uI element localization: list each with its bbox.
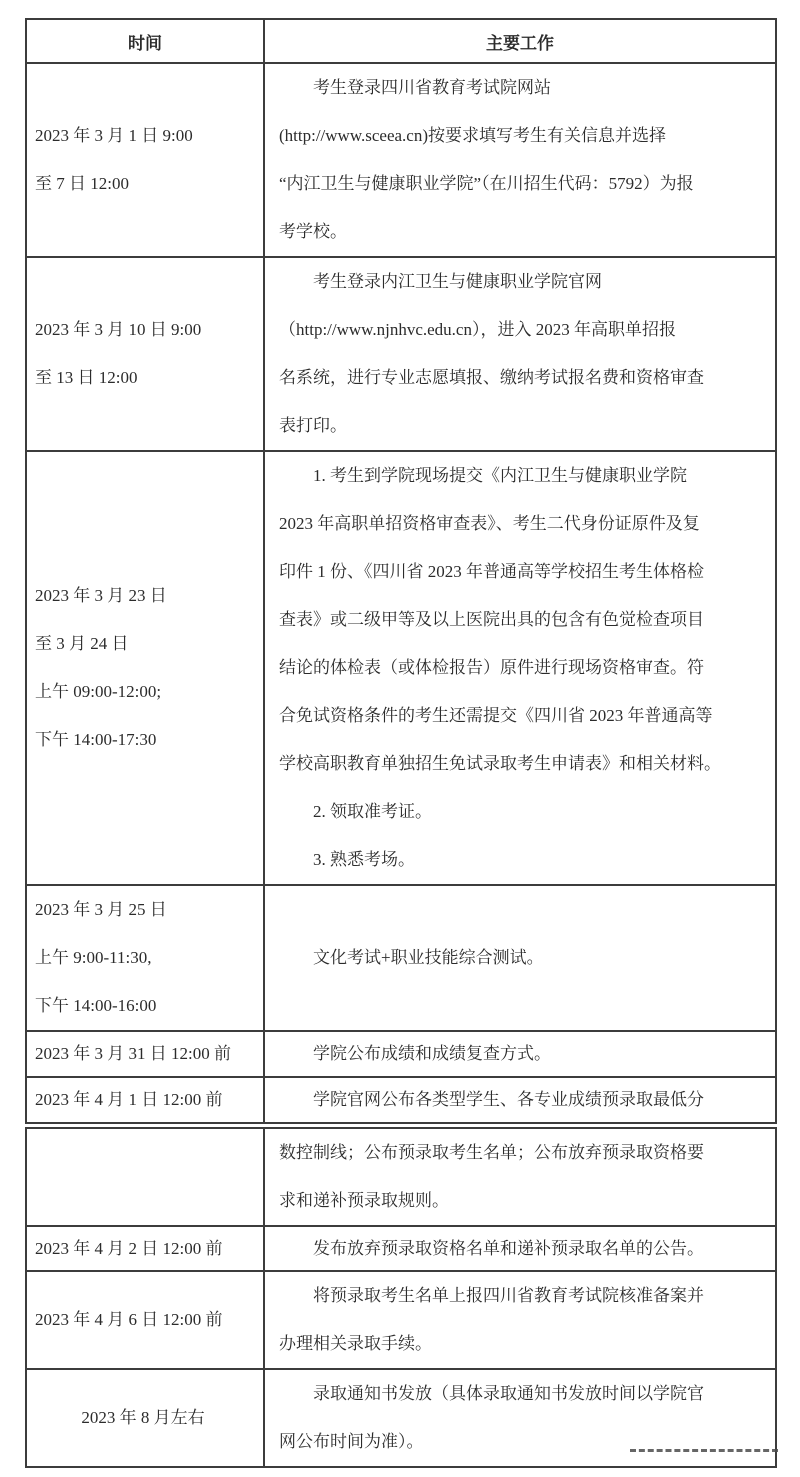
time-line: 至 7 日 12:00 — [35, 160, 259, 208]
time-line: 2023 年 3 月 25 日 — [35, 886, 259, 934]
work-line: 网公布时间为准）。 — [279, 1418, 763, 1466]
time-line: 2023 年 3 月 10 日 9:00 — [35, 306, 259, 354]
work-line: 学院公布成绩和成绩复查方式。 — [279, 1033, 763, 1075]
time-line: 上午 9:00-11:30, — [35, 934, 259, 982]
work-line: 数控制线；公布预录取考生名单；公布放弃预录取资格要 — [279, 1129, 763, 1177]
work-line: 2023 年高职单招资格审查表》、考生二代身份证原件及复 — [279, 500, 763, 548]
table-row: 2023 年 3 月 10 日 9:00 至 13 日 12:00 考生登录内江… — [26, 257, 776, 451]
schedule-table-part1: 时间 主要工作 2023 年 3 月 1 日 9:00 至 7 日 12:00 … — [25, 18, 777, 1124]
work-line: 考学校。 — [279, 208, 763, 256]
work-line: 文化考试+职业技能综合测试。 — [279, 934, 763, 982]
time-cell: 2023 年 4 月 2 日 12:00 前 — [26, 1226, 264, 1271]
watermark-dashes — [630, 1449, 778, 1452]
document-page: 时间 主要工作 2023 年 3 月 1 日 9:00 至 7 日 12:00 … — [0, 0, 800, 1477]
work-line: 合免试资格条件的考生还需提交《四川省 2023 年普通高等 — [279, 692, 763, 740]
work-line: “内江卫生与健康职业学院”（在川招生代码：5792）为报 — [279, 160, 763, 208]
work-cell: 学院官网公布各类型学生、各专业成绩预录取最低分 — [264, 1077, 776, 1123]
work-line: 考生登录四川省教育考试院网站 — [279, 64, 763, 112]
time-cell-empty — [26, 1128, 264, 1226]
table-row: 2023 年 3 月 31 日 12:00 前 学院公布成绩和成绩复查方式。 — [26, 1031, 776, 1077]
time-cell: 2023 年 3 月 23 日 至 3 月 24 日 上午 09:00-12:0… — [26, 451, 264, 885]
work-line: 录取通知书发放（具体录取通知书发放时间以学院官 — [279, 1370, 763, 1418]
work-line: 3. 熟悉考场。 — [279, 836, 763, 884]
work-line: 将预录取考生名单上报四川省教育考试院核准备案并 — [279, 1272, 763, 1320]
work-line: (http://www.sceea.cn)按要求填写考生有关信息并选择 — [279, 112, 763, 160]
work-line: 学院官网公布各类型学生、各专业成绩预录取最低分 — [279, 1079, 763, 1121]
table-row: 2023 年 4 月 1 日 12:00 前 学院官网公布各类型学生、各专业成绩… — [26, 1077, 776, 1123]
table-row: 2023 年 8 月左右 录取通知书发放（具体录取通知书发放时间以学院官 网公布… — [26, 1369, 776, 1467]
table-row: 数控制线；公布预录取考生名单；公布放弃预录取资格要 求和递补预录取规则。 — [26, 1128, 776, 1226]
header-cell-work: 主要工作 — [264, 19, 776, 63]
time-cell: 2023 年 3 月 25 日 上午 9:00-11:30, 下午 14:00-… — [26, 885, 264, 1031]
header-row: 时间 主要工作 — [26, 19, 776, 63]
work-line: 印件 1 份、《四川省 2023 年普通高等学校招生考生体格检 — [279, 548, 763, 596]
table-row: 2023 年 3 月 23 日 至 3 月 24 日 上午 09:00-12:0… — [26, 451, 776, 885]
time-cell: 2023 年 4 月 1 日 12:00 前 — [26, 1077, 264, 1123]
time-line: 2023 年 4 月 6 日 12:00 前 — [35, 1296, 259, 1344]
work-line: 1. 考生到学院现场提交《内江卫生与健康职业学院 — [279, 452, 763, 500]
table-row: 2023 年 3 月 25 日 上午 9:00-11:30, 下午 14:00-… — [26, 885, 776, 1031]
work-line: （http://www.njnhvc.edu.cn），进入 2023 年高职单招… — [279, 306, 763, 354]
time-cell: 2023 年 3 月 10 日 9:00 至 13 日 12:00 — [26, 257, 264, 451]
time-line: 至 13 日 12:00 — [35, 354, 259, 402]
work-line: 办理相关录取手续。 — [279, 1320, 763, 1368]
work-line: 求和递补预录取规则。 — [279, 1177, 763, 1225]
time-line: 下午 14:00-16:00 — [35, 982, 259, 1030]
time-line: 2023 年 3 月 23 日 — [35, 572, 259, 620]
time-line: 2023 年 4 月 2 日 12:00 前 — [35, 1228, 259, 1270]
work-cell: 发布放弃预录取资格名单和递补预录取名单的公告。 — [264, 1226, 776, 1271]
time-cell: 2023 年 4 月 6 日 12:00 前 — [26, 1271, 264, 1369]
table-row: 2023 年 4 月 2 日 12:00 前 发布放弃预录取资格名单和递补预录取… — [26, 1226, 776, 1271]
work-cell: 录取通知书发放（具体录取通知书发放时间以学院官 网公布时间为准）。 — [264, 1369, 776, 1467]
work-cell: 将预录取考生名单上报四川省教育考试院核准备案并 办理相关录取手续。 — [264, 1271, 776, 1369]
schedule-table-part2: 数控制线；公布预录取考生名单；公布放弃预录取资格要 求和递补预录取规则。 202… — [25, 1127, 777, 1468]
time-cell: 2023 年 3 月 1 日 9:00 至 7 日 12:00 — [26, 63, 264, 257]
work-line: 考生登录内江卫生与健康职业学院官网 — [279, 258, 763, 306]
work-line: 2. 领取准考证。 — [279, 788, 763, 836]
work-line: 表打印。 — [279, 402, 763, 450]
work-cell: 考生登录内江卫生与健康职业学院官网 （http://www.njnhvc.edu… — [264, 257, 776, 451]
header-cell-time: 时间 — [26, 19, 264, 63]
work-line: 查表》或二级甲等及以上医院出具的包含有色觉检查项目 — [279, 596, 763, 644]
time-cell: 2023 年 8 月左右 — [26, 1369, 264, 1467]
time-line: 2023 年 3 月 31 日 12:00 前 — [35, 1033, 259, 1075]
time-line: 上午 09:00-12:00; — [35, 668, 259, 716]
table-row: 2023 年 4 月 6 日 12:00 前 将预录取考生名单上报四川省教育考试… — [26, 1271, 776, 1369]
time-line: 2023 年 3 月 1 日 9:00 — [35, 112, 259, 160]
time-cell: 2023 年 3 月 31 日 12:00 前 — [26, 1031, 264, 1077]
work-line: 学校高职教育单独招生免试录取考生申请表》和相关材料。 — [279, 740, 763, 788]
time-line: 至 3 月 24 日 — [35, 620, 259, 668]
work-line: 名系统，进行专业志愿填报、缴纳考试报名费和资格审查 — [279, 354, 763, 402]
table-row: 2023 年 3 月 1 日 9:00 至 7 日 12:00 考生登录四川省教… — [26, 63, 776, 257]
work-cell: 学院公布成绩和成绩复查方式。 — [264, 1031, 776, 1077]
work-line: 结论的体检表（或体检报告）原件进行现场资格审查。符 — [279, 644, 763, 692]
time-line: 2023 年 8 月左右 — [27, 1394, 259, 1442]
time-line: 2023 年 4 月 1 日 12:00 前 — [35, 1079, 259, 1121]
work-cell: 数控制线；公布预录取考生名单；公布放弃预录取资格要 求和递补预录取规则。 — [264, 1128, 776, 1226]
work-cell: 1. 考生到学院现场提交《内江卫生与健康职业学院 2023 年高职单招资格审查表… — [264, 451, 776, 885]
work-cell: 考生登录四川省教育考试院网站 (http://www.sceea.cn)按要求填… — [264, 63, 776, 257]
time-line: 下午 14:00-17:30 — [35, 716, 259, 764]
work-line: 发布放弃预录取资格名单和递补预录取名单的公告。 — [279, 1228, 763, 1270]
work-cell: 文化考试+职业技能综合测试。 — [264, 885, 776, 1031]
